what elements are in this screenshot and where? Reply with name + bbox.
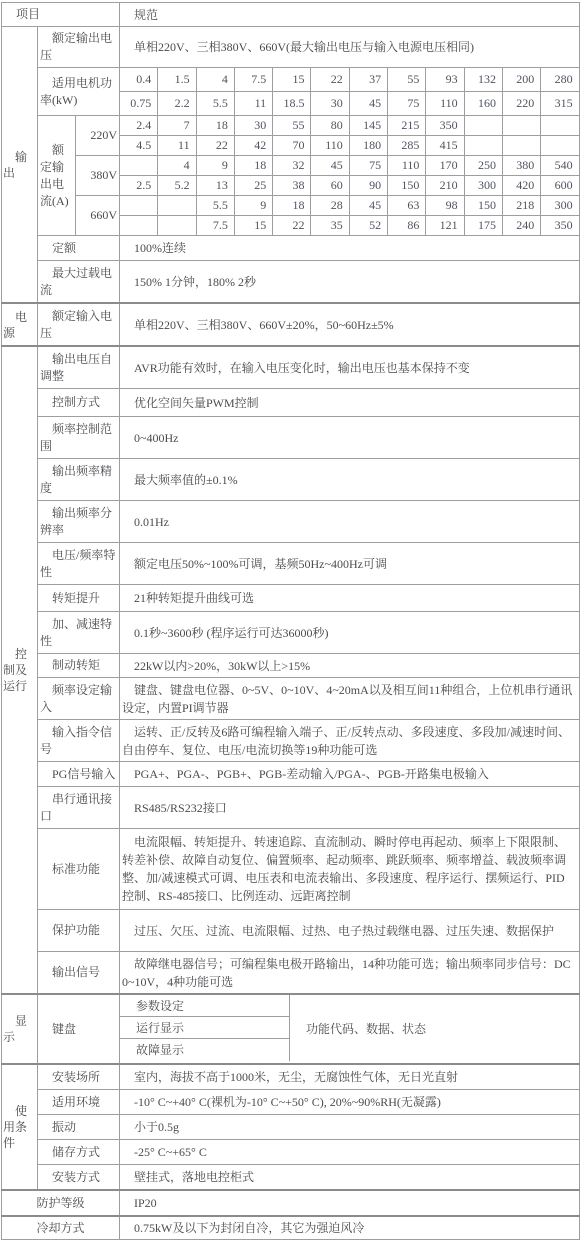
power-cell: 160 xyxy=(464,92,502,116)
current-cell: 7.5 xyxy=(196,216,234,236)
table-row: 最大过载电流 150% 1分钟，180% 2秒 xyxy=(2,261,580,304)
row-value-vf: 额定电压50%~100%可调，基频50Hz~400Hz可调 xyxy=(120,543,580,585)
current-cell: 300 xyxy=(541,196,579,216)
table-row: 输出 额定输出电压 单相220V、三相380V、660V(最大输出电压与输入电源… xyxy=(2,27,580,68)
current-cell: 15 xyxy=(234,216,272,236)
power-cell: 18.5 xyxy=(273,92,311,116)
spec-table: 项目 规范 输出 额定输出电压 单相220V、三相380V、660V(最大输出电… xyxy=(1,2,580,1240)
current-cell: 121 xyxy=(426,216,464,236)
current-cell: 22 xyxy=(273,216,311,236)
current-cell: 250 xyxy=(464,156,502,176)
row-label-rated-output-current: 额定输出电流(A) xyxy=(38,116,76,236)
row-value-protection-functions: 过压、欠压、过流、电流限幅、过热、电子热过载继电器、过压失速、数据保护 xyxy=(120,910,580,952)
table-row: 储存方式 -25° C~+65° C xyxy=(2,1140,580,1165)
row-label-keypad: 键盘 xyxy=(38,994,120,1064)
current-cell: 9 xyxy=(234,196,272,216)
voltage-660v-label: 660V xyxy=(76,196,120,236)
power-cell: 132 xyxy=(464,68,502,92)
row-label-rated-output-voltage: 额定输出电压 xyxy=(38,27,120,68)
power-cell: 55 xyxy=(388,68,426,92)
table-row: 冷却方式 0.75kW及以下为封闭自冷，其它为强迫风冷 xyxy=(2,1216,580,1240)
table-row: 安装方式 壁挂式，落地电控柜式 xyxy=(2,1165,580,1191)
row-label-ambient: 适用环境 xyxy=(38,1090,120,1115)
table-row: 控制方式 优化空间矢量PWM控制 xyxy=(2,389,580,417)
current-cell: 9 xyxy=(196,156,234,176)
row-label-output-signal: 输出信号 xyxy=(38,952,120,995)
row-value-pg-input: PGA+、PGA-、PGB+、PGB-差动输入/PGA-、PGB-开路集电极输入 xyxy=(120,762,580,787)
current-cell: 210 xyxy=(426,176,464,196)
row-label-freq-accuracy: 输出频率精度 xyxy=(38,459,120,501)
current-cell: 350 xyxy=(541,216,579,236)
category-control: 控制及运行 xyxy=(2,346,38,994)
row-label-serial: 串行通讯接口 xyxy=(38,787,120,829)
keypad-spec-block: 参数设定 运行显示 故障显示 功能代码、数据、状态 xyxy=(120,994,580,1064)
table-row: 输出信号 故障继电器信号；可编程集电极开路输出，14种功能可选；输出频率同步信号… xyxy=(2,952,580,995)
voltage-380v-label: 380V xyxy=(76,156,120,196)
table-row: 660V 5.5 9 18 28 45 63 98 150 218 300 xyxy=(2,196,580,216)
table-row: 定额 100%连续 xyxy=(2,236,580,261)
power-cell: 37 xyxy=(349,68,387,92)
current-cell: 218 xyxy=(502,196,540,216)
row-value-rated-input-voltage: 单相220V、三相380V、660V±20%，50~60Hz±5% xyxy=(120,303,580,346)
current-cell: 420 xyxy=(502,176,540,196)
row-value-ambient: -10° C~+40° C(裸机为-10° C~+50° C), 20%~90%… xyxy=(120,1090,580,1115)
current-cell: 98 xyxy=(426,196,464,216)
power-cell: 4 xyxy=(196,68,234,92)
row-label-storage: 储存方式 xyxy=(38,1140,120,1165)
current-cell: 55 xyxy=(273,116,311,136)
current-cell xyxy=(541,116,579,136)
current-cell: 5.2 xyxy=(158,176,196,196)
current-cell xyxy=(120,156,158,176)
current-cell: 215 xyxy=(388,116,426,136)
table-row: 频率设定输入 键盘、键盘电位器、0~5V、0~10V、4~20mA以及相互间11… xyxy=(2,678,580,720)
table-row: 输出频率分辨率 0.01Hz xyxy=(2,501,580,543)
table-row: 额定输出电流(A) 220V 2.4 7 18 30 55 80 145 215… xyxy=(2,116,580,136)
power-cell: 280 xyxy=(541,68,579,92)
row-label-protection-functions: 保护功能 xyxy=(38,910,120,952)
current-cell: 63 xyxy=(388,196,426,216)
current-cell: 145 xyxy=(349,116,387,136)
current-cell: 90 xyxy=(349,176,387,196)
row-value-mounting: 壁挂式，落地电控柜式 xyxy=(120,1165,580,1191)
current-cell: 150 xyxy=(464,196,502,216)
row-value-freq-resolution: 0.01Hz xyxy=(120,501,580,543)
current-cell: 42 xyxy=(234,136,272,156)
table-row: PG信号输入 PGA+、PGA-、PGB+、PGB-差动输入/PGA-、PGB-… xyxy=(2,762,580,787)
power-cell: 45 xyxy=(349,92,387,116)
table-row: 电源 额定输入电压 单相220V、三相380V、660V±20%，50~60Hz… xyxy=(2,303,580,346)
current-cell xyxy=(464,136,502,156)
power-cell: 2.2 xyxy=(158,92,196,116)
power-cell: 15 xyxy=(273,68,311,92)
current-cell: 415 xyxy=(426,136,464,156)
current-cell: 13 xyxy=(196,176,234,196)
current-cell: 350 xyxy=(426,116,464,136)
keypad-display-content: 功能代码、数据、状态 xyxy=(290,995,579,1061)
category-usage: 使用条件 xyxy=(2,1064,38,1190)
row-value-freq-range: 0~400Hz xyxy=(120,417,580,459)
current-cell: 86 xyxy=(388,216,426,236)
row-value-cooling: 0.75kW及以下为封闭自冷，其它为强迫风冷 xyxy=(120,1216,580,1240)
table-header-row: 项目 规范 xyxy=(2,3,580,27)
category-output: 输出 xyxy=(2,27,38,304)
power-cell: 110 xyxy=(426,92,464,116)
power-cell: 315 xyxy=(541,92,579,116)
current-cell: 2.5 xyxy=(120,176,158,196)
row-value-accel-decel: 0.1秒~3600秒 (程序运行可达36000秒) xyxy=(120,612,580,654)
current-cell: 32 xyxy=(273,156,311,176)
row-value-standard-functions: 电流限幅、转矩提升、转速追踪、直流制动、瞬时停电再起动、频率上下限限制、转差补偿… xyxy=(120,829,580,910)
current-cell: 110 xyxy=(388,156,426,176)
keypad-grid: 参数设定 运行显示 故障显示 功能代码、数据、状态 xyxy=(120,995,579,1061)
row-value-freq-setting: 键盘、键盘电位器、0~5V、0~10V、4~20mA以及相互间11种组合，上位机… xyxy=(120,678,580,720)
table-row: 输入指令信号 运转、正/反转及6路可编程输入端子、正/反转点动、多段速度、多段加… xyxy=(2,720,580,762)
row-value-serial: RS485/RS232接口 xyxy=(120,787,580,829)
current-cell: 4.5 xyxy=(120,136,158,156)
power-cell: 30 xyxy=(311,92,349,116)
row-label-input-command: 输入指令信号 xyxy=(38,720,120,762)
row-label-torque-boost: 转矩提升 xyxy=(38,585,120,612)
current-cell: 180 xyxy=(349,136,387,156)
row-label-max-overload: 最大过载电流 xyxy=(38,261,120,304)
current-cell: 175 xyxy=(464,216,502,236)
current-cell: 380 xyxy=(502,156,540,176)
power-cell: 5.5 xyxy=(196,92,234,116)
current-cell: 600 xyxy=(541,176,579,196)
current-cell: 25 xyxy=(234,176,272,196)
power-cell: 220 xyxy=(502,92,540,116)
row-label-mounting: 安装方式 xyxy=(38,1165,120,1191)
power-cell: 75 xyxy=(388,92,426,116)
header-spec: 规范 xyxy=(120,3,580,27)
keypad-item: 运行显示 xyxy=(120,1017,290,1039)
voltage-220v-label: 220V xyxy=(76,116,120,156)
current-cell: 28 xyxy=(311,196,349,216)
table-row: 输出频率精度 最大频率值的±0.1% xyxy=(2,459,580,501)
current-cell xyxy=(120,216,158,236)
current-cell: 170 xyxy=(426,156,464,176)
table-row: 加、减速特性 0.1秒~3600秒 (程序运行可达36000秒) xyxy=(2,612,580,654)
row-value-braking-torque: 22kW以内>20%，30kW以上>15% xyxy=(120,654,580,678)
table-row: 制动转矩 22kW以内>20%，30kW以上>15% xyxy=(2,654,580,678)
row-label-freq-range: 频率控制范围 xyxy=(38,417,120,459)
table-row: 标准功能 电流限幅、转矩提升、转速追踪、直流制动、瞬时停电再起动、频率上下限限制… xyxy=(2,829,580,910)
row-label-control-mode: 控制方式 xyxy=(38,389,120,417)
row-label-protection-class: 防护等级 xyxy=(2,1190,120,1216)
table-row: 电压/频率特性 额定电压50%~100%可调，基频50Hz~400Hz可调 xyxy=(2,543,580,585)
category-power: 电源 xyxy=(2,303,38,346)
row-label-pg-input: PG信号输入 xyxy=(38,762,120,787)
row-value-freq-accuracy: 最大频率值的±0.1% xyxy=(120,459,580,501)
power-cell: 0.75 xyxy=(120,92,158,116)
current-cell xyxy=(502,136,540,156)
table-row: 使用条件 安装场所 室内，海拔不高于1000米，无尘，无腐蚀性气体，无日光直射 xyxy=(2,1064,580,1090)
power-cell: 200 xyxy=(502,68,540,92)
row-label-freq-resolution: 输出频率分辨率 xyxy=(38,501,120,543)
row-value-storage: -25° C~+65° C xyxy=(120,1140,580,1165)
row-label-braking-torque: 制动转矩 xyxy=(38,654,120,678)
row-value-vibration: 小于0.5g xyxy=(120,1115,580,1140)
row-label-accel-decel: 加、减速特性 xyxy=(38,612,120,654)
power-cell: 93 xyxy=(426,68,464,92)
row-value-output-signal: 故障继电器信号；可编程集电极开路输出，14种功能可选；输出频率同步信号：DC 0… xyxy=(120,952,580,995)
table-row: 转矩提升 21种转矩提升曲线可选 xyxy=(2,585,580,612)
current-cell: 240 xyxy=(502,216,540,236)
row-value-input-command: 运转、正/反转及6路可编程输入端子、正/反转点动、多段速度、多段加/减速时间、自… xyxy=(120,720,580,762)
power-cell: 7.5 xyxy=(234,68,272,92)
row-value-control-mode: 优化空间矢量PWM控制 xyxy=(120,389,580,417)
row-value-duty: 100%连续 xyxy=(120,236,580,261)
current-cell: 540 xyxy=(541,156,579,176)
header-item: 项目 xyxy=(2,3,120,27)
current-cell: 35 xyxy=(311,216,349,236)
current-cell: 70 xyxy=(273,136,311,156)
row-label-motor-power: 适用电机功率(kW) xyxy=(38,68,120,116)
current-cell xyxy=(464,116,502,136)
current-cell: 18 xyxy=(196,116,234,136)
row-value-installation-site: 室内，海拔不高于1000米，无尘，无腐蚀性气体，无日光直射 xyxy=(120,1064,580,1090)
row-label-installation-site: 安装场所 xyxy=(38,1064,120,1090)
row-label-standard-functions: 标准功能 xyxy=(38,829,120,910)
category-display: 显示 xyxy=(2,994,38,1064)
current-cell: 150 xyxy=(388,176,426,196)
row-label-vf: 电压/频率特性 xyxy=(38,543,120,585)
current-cell: 45 xyxy=(349,196,387,216)
keypad-item: 故障显示 xyxy=(120,1039,290,1061)
current-cell: 11 xyxy=(158,136,196,156)
current-cell: 30 xyxy=(234,116,272,136)
current-cell: 52 xyxy=(349,216,387,236)
row-label-rated-input-voltage: 额定输入电压 xyxy=(38,303,120,346)
row-label-avr: 输出电压自调整 xyxy=(38,346,120,389)
current-cell: 75 xyxy=(349,156,387,176)
current-cell: 80 xyxy=(311,116,349,136)
row-label-freq-setting: 频率设定输入 xyxy=(38,678,120,720)
row-value-max-overload: 150% 1分钟，180% 2秒 xyxy=(120,261,580,304)
table-row: 频率控制范围 0~400Hz xyxy=(2,417,580,459)
current-cell xyxy=(158,196,196,216)
current-cell: 38 xyxy=(273,176,311,196)
current-cell xyxy=(502,116,540,136)
power-cell: 11 xyxy=(234,92,272,116)
power-cell: 0.4 xyxy=(120,68,158,92)
table-row: 380V 4 9 18 32 45 75 110 170 250 380 540 xyxy=(2,156,580,176)
power-cell: 1.5 xyxy=(158,68,196,92)
current-cell xyxy=(120,196,158,216)
current-cell: 45 xyxy=(311,156,349,176)
current-cell: 18 xyxy=(273,196,311,216)
current-cell: 300 xyxy=(464,176,502,196)
current-cell: 4 xyxy=(158,156,196,176)
current-cell: 60 xyxy=(311,176,349,196)
table-row: 防护等级 IP20 xyxy=(2,1190,580,1216)
current-cell: 18 xyxy=(234,156,272,176)
table-row: 适用电机功率(kW) 0.4 1.5 4 7.5 15 22 37 55 93 … xyxy=(2,68,580,92)
current-cell: 2.4 xyxy=(120,116,158,136)
current-cell: 7 xyxy=(158,116,196,136)
keypad-item: 参数设定 xyxy=(120,995,290,1017)
current-cell: 5.5 xyxy=(196,196,234,216)
row-label-vibration: 振动 xyxy=(38,1115,120,1140)
power-cell: 22 xyxy=(311,68,349,92)
current-cell xyxy=(158,216,196,236)
current-cell xyxy=(541,136,579,156)
table-row: 保护功能 过压、欠压、过流、电流限幅、过热、电子热过载继电器、过压失速、数据保护 xyxy=(2,910,580,952)
current-cell: 22 xyxy=(196,136,234,156)
table-row: 串行通讯接口 RS485/RS232接口 xyxy=(2,787,580,829)
table-row: 显示 键盘 参数设定 运行显示 故障显示 功能代码、数据、状态 xyxy=(2,994,580,1064)
row-label-cooling: 冷却方式 xyxy=(2,1216,120,1240)
table-row: 适用环境 -10° C~+40° C(裸机为-10° C~+50° C), 20… xyxy=(2,1090,580,1115)
table-row: 振动 小于0.5g xyxy=(2,1115,580,1140)
current-cell: 285 xyxy=(388,136,426,156)
table-row: 控制及运行 输出电压自调整 AVR功能有效时，在输入电压变化时，输出电压也基本保… xyxy=(2,346,580,389)
row-value-avr: AVR功能有效时，在输入电压变化时，输出电压也基本保持不变 xyxy=(120,346,580,389)
row-value-torque-boost: 21种转矩提升曲线可选 xyxy=(120,585,580,612)
current-cell: 110 xyxy=(311,136,349,156)
row-label-duty: 定额 xyxy=(38,236,120,261)
row-value-protection-class: IP20 xyxy=(120,1190,580,1216)
row-value-rated-output-voltage: 单相220V、三相380V、660V(最大输出电压与输入电源电压相同) xyxy=(120,27,580,68)
